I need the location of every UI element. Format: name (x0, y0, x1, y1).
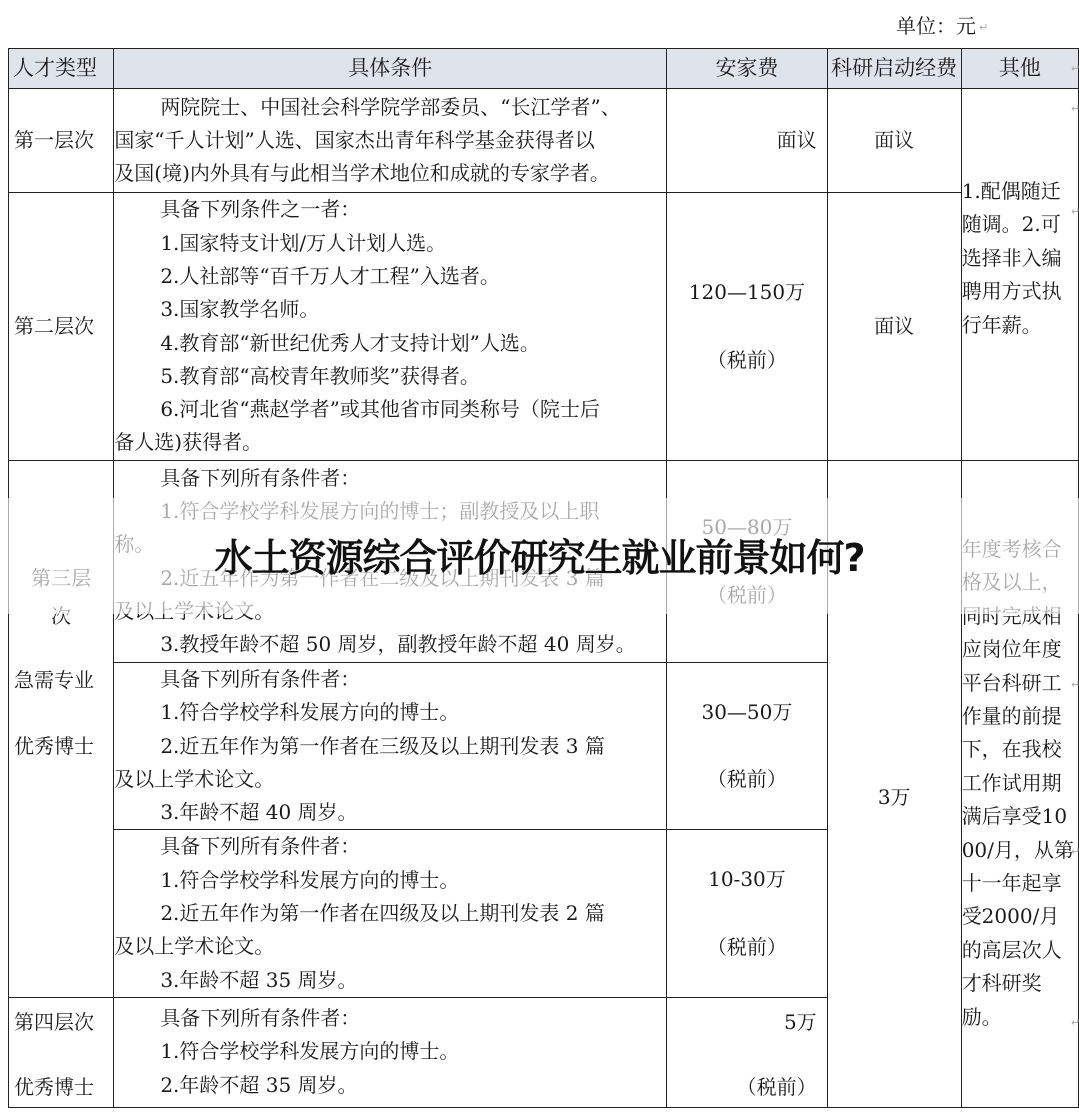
tier2-settlement: 120—150万 （税前） (667, 193, 827, 461)
tier2-research: 面议 (827, 193, 961, 461)
paragraph-mark-icon: ↵ (1071, 62, 1079, 75)
tier3-b-conditions: 具备下列所有条件者： 1.符合学校学科发展方向的博士。 2.近五年作为第一作者在… (114, 663, 667, 830)
tier1-type: 第一层次 (9, 89, 114, 193)
tier2-type: 第二层次 (9, 193, 114, 461)
header-settlement-fee: 安家费 (667, 49, 827, 89)
paragraph-mark-icon: ↵ (1071, 1016, 1079, 1029)
overlay-title: 水土资源综合评价研究生就业前景如何? (0, 527, 1079, 582)
header-conditions: 具体条件 (114, 49, 667, 89)
tier1-research: 面议 (827, 89, 961, 193)
paragraph-mark-icon: ↵ (1071, 102, 1079, 115)
table-header-row: 人才类型 具体条件 安家费 科研启动经费 其他 (9, 49, 1079, 89)
tier1-conditions: 两院院士、中国社会科学院学部委员、“长江学者”、 国家“千人计划”人选、国家杰出… (114, 89, 667, 193)
tier4-settlement: 5万 （税前） (667, 997, 827, 1107)
header-talent-type: 人才类型 (9, 49, 114, 89)
tier2-conditions: 具备下列条件之一者： 1.国家特支计划/万人计划人选。 2.人社部等“百千万人才… (114, 193, 667, 461)
other-benefits-top: 1.配偶随迁随调。2.可选择非入编聘用方式执行年薪。 (961, 89, 1078, 461)
header-research-fund: 科研启动经费 (827, 49, 961, 89)
paragraph-mark-icon: ↵ (1071, 678, 1079, 691)
unit-label: 单位：元↵ (896, 10, 988, 39)
paragraph-mark-icon: ↵ (1071, 845, 1079, 858)
table-row-tier2: 第二层次 具备下列条件之一者： 1.国家特支计划/万人计划人选。 2.人社部等“… (9, 193, 1079, 461)
header-other: 其他 (961, 49, 1078, 89)
table-row-tier1: 第一层次 两院院士、中国社会科学院学部委员、“长江学者”、 国家“千人计划”人选… (9, 89, 1079, 193)
tier3-b-settlement: 30—50万 （税前） (667, 663, 827, 830)
tier4-type: 第四层次 优秀博士 (9, 997, 114, 1107)
paragraph-mark-icon: ↵ (1071, 205, 1079, 218)
tier3-c-settlement: 10-30万 （税前） (667, 830, 827, 997)
tier3-c-conditions: 具备下列所有条件者： 1.符合学校学科发展方向的博士。 2.近五年作为第一作者在… (114, 830, 667, 997)
tier1-settlement: 面议 (667, 89, 827, 193)
tier4-conditions: 具备下列所有条件者： 1.符合学校学科发展方向的博士。 2.年龄不超 35 周岁… (114, 997, 667, 1107)
